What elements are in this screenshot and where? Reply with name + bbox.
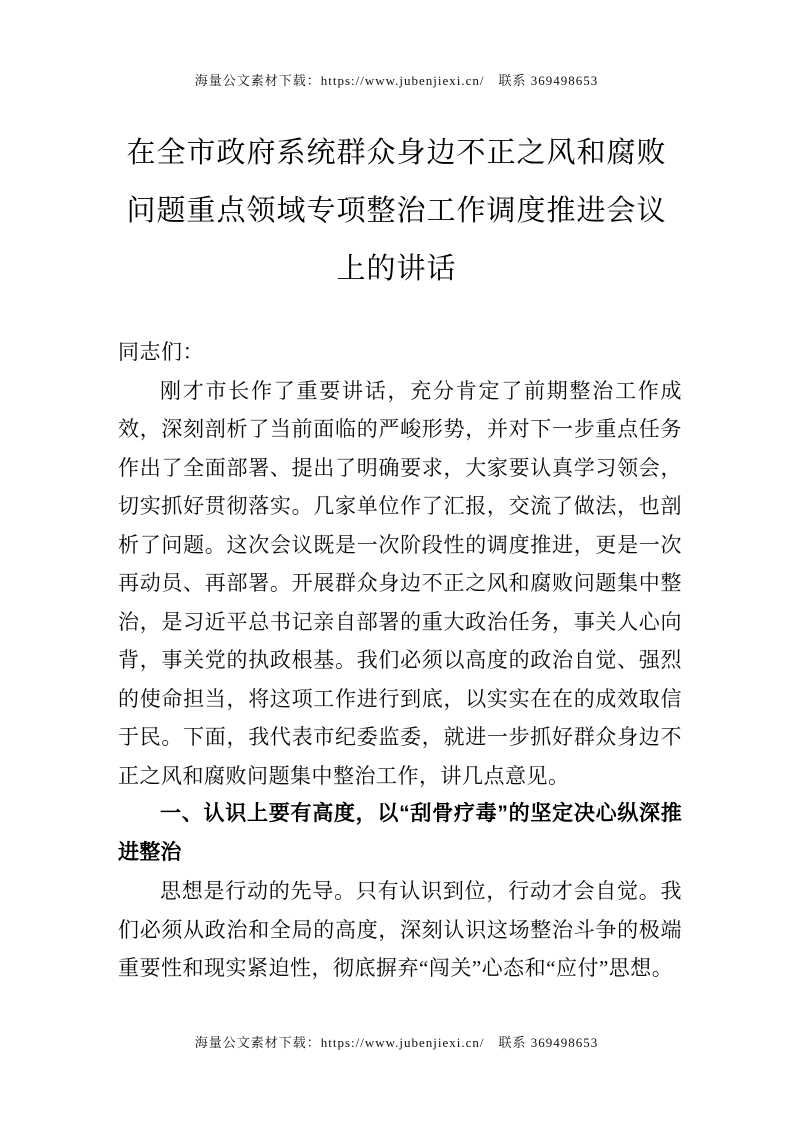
document-body: 同志们： 刚才市长作了重要讲话，充分肯定了前期整治工作成效，深刻剖析了当前面临的… [118,333,682,988]
paragraph-section-1-body: 思想是行动的先导。只有认识到位，行动才会自觉。我们必须从政治和全局的高度，深刻认… [118,872,682,988]
document-title-line-3: 上的讲话 [60,240,733,298]
footer-note: 海量公文素材下载：https://www.jubenjiexi.cn/ 联系 3… [0,1032,793,1051]
document-title: 在全市政府系统群众身边不正之风和腐败 问题重点领域专项整治工作调度推进会议 上的… [60,124,733,298]
paragraph-opening: 刚才市长作了重要讲话，充分肯定了前期整治工作成效，深刻剖析了当前面临的严峻形势，… [118,372,682,796]
document-title-line-2: 问题重点领域专项整治工作调度推进会议 [60,182,733,240]
document-page: 海量公文素材下载：https://www.jubenjiexi.cn/ 联系 3… [0,0,793,1122]
document-title-line-1: 在全市政府系统群众身边不正之风和腐败 [60,124,733,182]
section-heading-1: 一、认识上要有高度，以“刮骨疗毒”的坚定决心纵深推进整治 [118,795,682,872]
salutation: 同志们： [118,333,682,372]
header-note: 海量公文素材下载：https://www.jubenjiexi.cn/ 联系 3… [0,70,793,89]
